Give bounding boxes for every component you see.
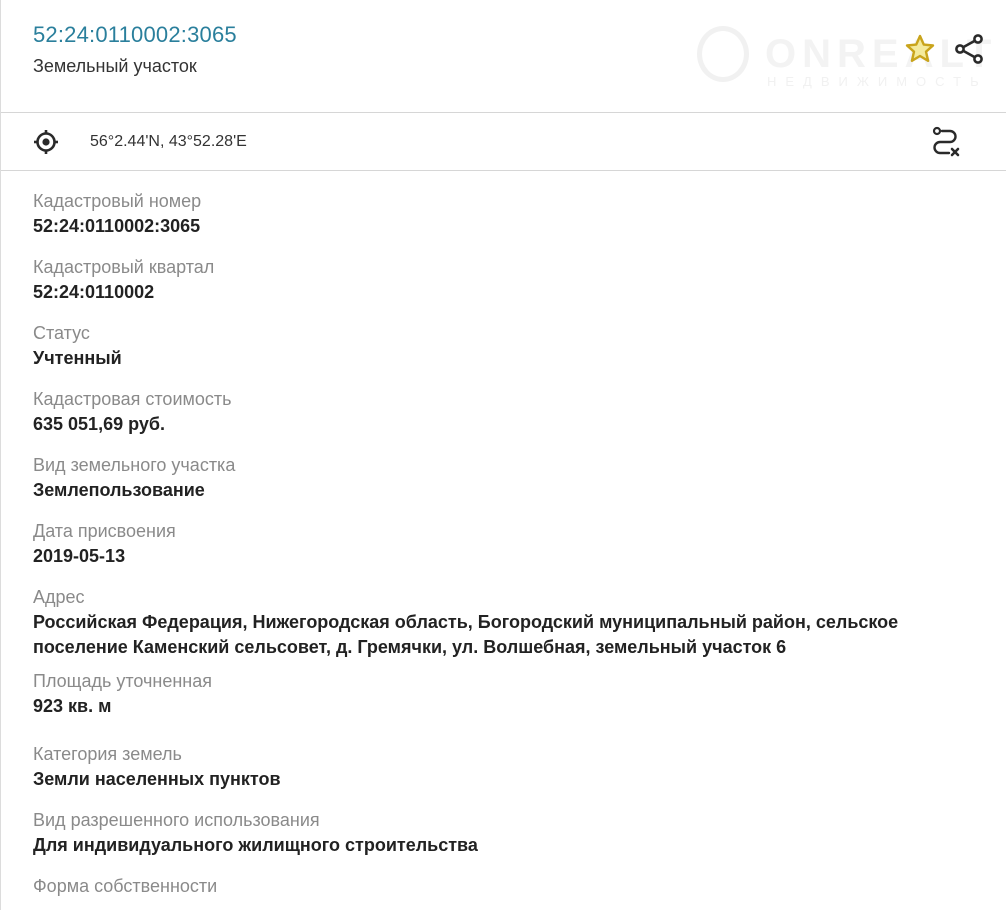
coordinates-bar: 56°2.44'N, 43°52.28'E [1, 113, 1006, 171]
field-value: Земли населенных пунктов [33, 767, 983, 792]
field-label: Вид земельного участка [33, 452, 983, 478]
field-value: 635 051,69 руб. [33, 412, 983, 437]
field-label: Кадастровый номер [33, 188, 983, 214]
field-value: Землепользование [33, 478, 983, 503]
field-cadastral-value: Кадастровая стоимость 635 051,69 руб. [33, 386, 983, 437]
field-assignment-date: Дата присвоения 2019-05-13 [33, 518, 983, 569]
star-icon [904, 33, 936, 65]
field-value: Для индивидуального жилищного строительс… [33, 833, 983, 858]
details-panel: 52:24:0110002:3065 Земельный участок ONR… [0, 0, 1006, 910]
field-value: Российская Федерация, Нижегородская обла… [33, 610, 983, 660]
watermark-logo: ONREALT НЕДВИЖИМОСТЬ [693, 22, 993, 102]
field-label: Кадастровый квартал [33, 254, 983, 280]
watermark-subtitle: НЕДВИЖИМОСТЬ [767, 74, 988, 89]
coordinates-text[interactable]: 56°2.44'N, 43°52.28'E [90, 133, 247, 151]
field-value: 2019-05-13 [33, 544, 983, 569]
field-label: Дата присвоения [33, 518, 983, 544]
field-land-type: Вид земельного участка Землепользование [33, 452, 983, 503]
field-value: 52:24:0110002 [33, 280, 983, 305]
crosshair-icon [31, 127, 61, 157]
route-button[interactable] [929, 125, 963, 159]
property-fields: Кадастровый номер 52:24:0110002:3065 Кад… [33, 188, 983, 910]
field-label: Статус [33, 320, 983, 346]
field-label: Площадь уточненная [33, 668, 983, 694]
field-permitted-use: Вид разрешенного использования Для индив… [33, 807, 983, 858]
share-button[interactable] [952, 32, 986, 66]
object-type: Земельный участок [33, 56, 197, 77]
field-value: 923 кв. м [33, 694, 983, 719]
field-label: Вид разрешенного использования [33, 807, 983, 833]
field-label: Адрес [33, 584, 983, 610]
header: 52:24:0110002:3065 Земельный участок ONR… [1, 0, 1006, 113]
field-address: Адрес Российская Федерация, Нижегородска… [33, 584, 983, 660]
field-cadastral-quarter: Кадастровый квартал 52:24:0110002 [33, 254, 983, 305]
field-label: Кадастровая стоимость [33, 386, 983, 412]
field-label: Форма собственности [33, 873, 983, 899]
field-ownership-form: Форма собственности [33, 873, 983, 899]
field-value: Учтенный [33, 346, 983, 371]
field-cadastral-number: Кадастровый номер 52:24:0110002:3065 [33, 188, 983, 239]
watermark-pin-icon [697, 26, 749, 82]
field-label: Категория земель [33, 741, 983, 767]
route-icon [929, 125, 963, 159]
share-icon [952, 32, 986, 66]
field-area: Площадь уточненная 923 кв. м [33, 668, 983, 719]
field-value: 52:24:0110002:3065 [33, 214, 983, 239]
locate-button[interactable] [31, 127, 61, 157]
field-status: Статус Учтенный [33, 320, 983, 371]
favorite-button[interactable] [904, 33, 936, 65]
page-title: 52:24:0110002:3065 [33, 22, 237, 48]
field-land-category: Категория земель Земли населенных пункто… [33, 741, 983, 792]
